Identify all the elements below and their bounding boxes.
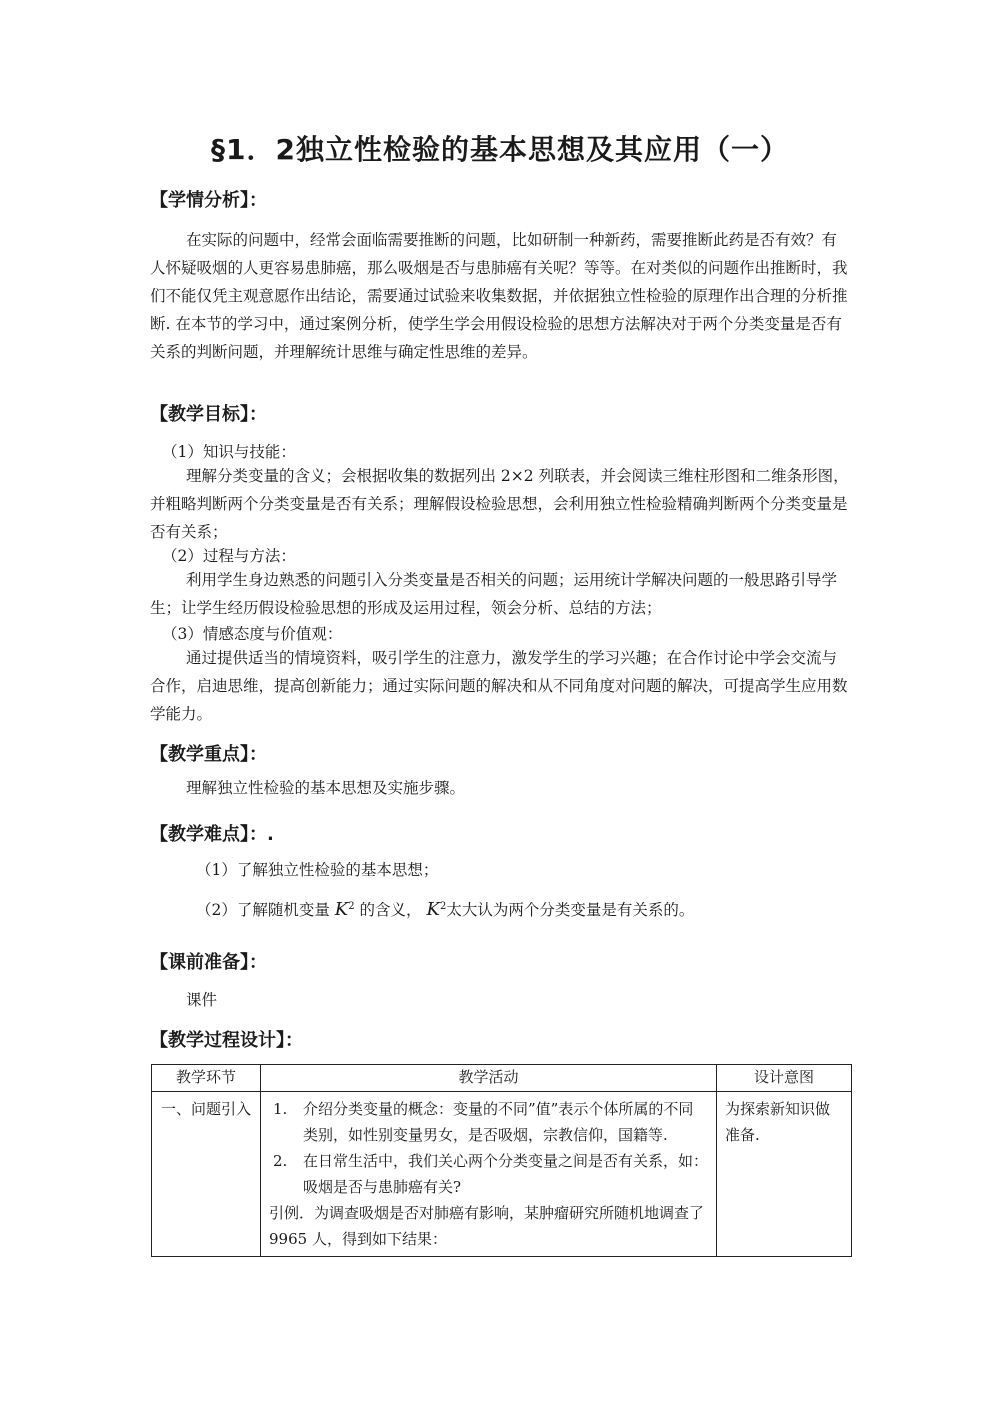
goal-2-label: （2）过程与方法： <box>162 544 296 566</box>
goal-1-text: 理解分类变量的含义；会根据收集的数据列出 2×2 列联表，并会阅读三维柱形图和二… <box>150 462 850 546</box>
difficulty-2: （2）了解随机变量 K2 的含义， K2太大认为两个分类变量是有关系的。 <box>196 898 694 920</box>
header-activity: 教学活动 <box>261 1065 717 1092</box>
activity-cell: 1. 介绍分类变量的概念：变量的不同”值”表示个体所属的不同类别，如性别变量男女… <box>261 1092 717 1257</box>
goal-1-label: （1）知识与技能： <box>162 440 296 462</box>
example-text: 引例．为调查吸烟是否对肺癌有影响，某肿瘤研究所随机地调查了 9965 人，得到如… <box>269 1200 708 1252</box>
process-table: 教学环节 教学活动 设计意图 一、问题引入 1. 介绍分类变量的概念：变量的不同… <box>151 1064 852 1257</box>
table-row: 一、问题引入 1. 介绍分类变量的概念：变量的不同”值”表示个体所属的不同类别，… <box>152 1092 852 1257</box>
activity-item: 1. 介绍分类变量的概念：变量的不同”值”表示个体所属的不同类别，如性别变量男女… <box>269 1096 708 1148</box>
difficulty-2-text-a: （2）了解随机变量 <box>196 901 335 919</box>
prep-text: 课件 <box>150 986 850 1014</box>
activity-item: 2. 在日常生活中，我们关心两个分类变量之间是否有关系，如：吸烟是否与患肺癌有关… <box>269 1148 708 1200</box>
k-symbol: K <box>335 899 348 920</box>
intent-cell: 为探索新知识做准备. <box>717 1092 852 1257</box>
process-heading: 【教学过程设计】： <box>150 1026 303 1052</box>
difficulties-heading: 【教学难点】：. <box>150 820 274 846</box>
document-page: §1．2独立性检验的基本思想及其应用（一） 【学情分析】： 在实际的问题中，经常… <box>0 0 1000 1414</box>
k-symbol: K <box>427 899 440 920</box>
goals-heading: 【教学目标】： <box>150 400 267 426</box>
item-number: 2. <box>269 1148 303 1200</box>
key-points-text: 理解独立性检验的基本思想及实施步骤。 <box>150 774 850 802</box>
header-stage: 教学环节 <box>152 1065 261 1092</box>
prep-heading: 【课前准备】： <box>150 948 267 974</box>
goal-3-text: 通过提供适当的情境资料，吸引学生的注意力，激发学生的学习兴趣；在合作讨论中学会交… <box>150 644 850 728</box>
analysis-heading: 【学情分析】： <box>150 186 267 212</box>
goal-2-text: 利用学生身边熟悉的问题引入分类变量是否相关的问题；运用统计学解决问题的一般思路引… <box>150 566 850 622</box>
table-header-row: 教学环节 教学活动 设计意图 <box>152 1065 852 1092</box>
analysis-text: 在实际的问题中，经常会面临需要推断的问题，比如研制一种新药，需要推断此药是否有效… <box>150 226 850 366</box>
item-text: 在日常生活中，我们关心两个分类变量之间是否有关系，如：吸烟是否与患肺癌有关? <box>303 1148 708 1200</box>
key-points-heading: 【教学重点】： <box>150 740 267 766</box>
document-title: §1．2独立性检验的基本思想及其应用（一） <box>0 128 1000 168</box>
difficulty-2-text-c: 太大认为两个分类变量是有关系的。 <box>446 901 694 919</box>
header-intent: 设计意图 <box>717 1065 852 1092</box>
stage-cell: 一、问题引入 <box>152 1092 261 1257</box>
item-text: 介绍分类变量的概念：变量的不同”值”表示个体所属的不同类别，如性别变量男女，是否… <box>303 1096 708 1148</box>
goal-3-label: （3）情感态度与价值观： <box>162 622 342 644</box>
difficulty-1: （1）了解独立性检验的基本思想； <box>196 858 438 880</box>
difficulty-2-text-b: 的含义， <box>355 901 422 919</box>
item-number: 1. <box>269 1096 303 1148</box>
